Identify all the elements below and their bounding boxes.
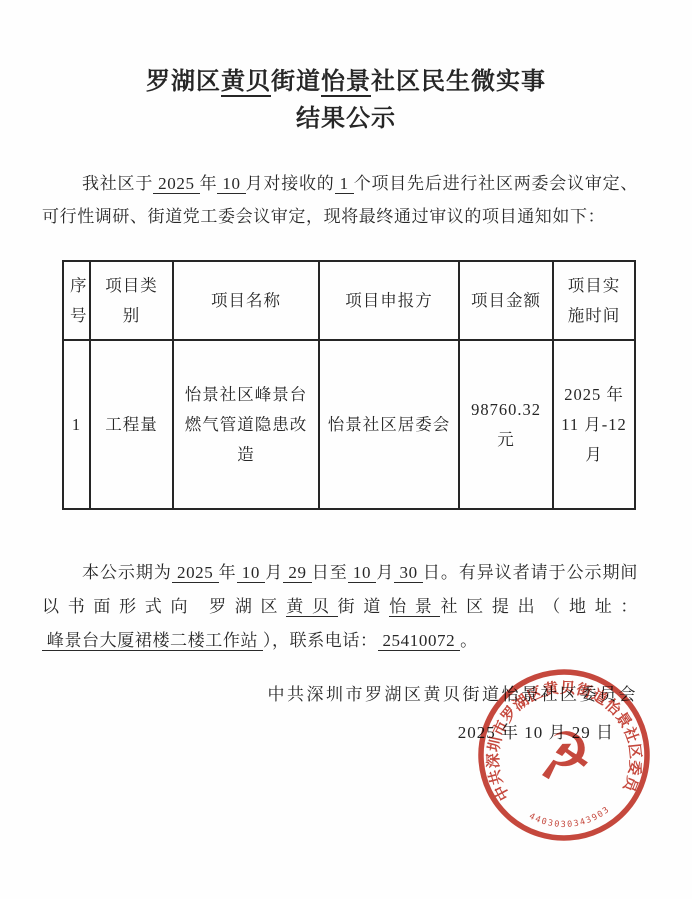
blank-end-day: 30 xyxy=(394,563,423,583)
blank-start-year: 2025 xyxy=(172,563,219,583)
blank-year: 2025 xyxy=(153,174,199,194)
cell-category: 工程量 xyxy=(90,340,173,509)
title-seg: 社区民生微实事 xyxy=(371,69,546,95)
date-line: 2025 年 10 月 29 日 xyxy=(0,718,692,743)
intro-paragraph: 我社区于 2025 年 10 月对接收的 1 个项目先后进行社区两委会议审定、可… xyxy=(42,167,638,233)
cell-time: 2025 年 11 月-12 月 xyxy=(553,340,635,509)
col-header-applicant: 项目申报方 xyxy=(319,261,459,340)
blank-end-month: 10 xyxy=(348,563,377,583)
blank-start-day: 29 xyxy=(283,563,312,583)
col-header-index: 序号 xyxy=(63,261,90,340)
col-header-name: 项目名称 xyxy=(173,261,319,340)
title-line2: 结果公示 xyxy=(296,106,396,132)
table-row: 1 工程量 怡景社区峰景台燃气管道隐患改造 怡景社区居委会 98760.32 元… xyxy=(63,340,635,509)
blank-start-month: 10 xyxy=(237,563,266,583)
cell-project-name: 怡景社区峰景台燃气管道隐患改造 xyxy=(173,340,319,509)
title-seg: 罗湖区 xyxy=(146,69,221,95)
document-page: 罗湖区黄贝街道怡景社区民生微实事 结果公示 我社区于 2025 年 10 月对接… xyxy=(0,0,692,899)
closing-paragraph: 本公示期为 2025 年 10 月 29 日至 10 月 30 日。有异议者请于… xyxy=(42,556,638,658)
table-header-row: 序号 项目类别 项目名称 项目申报方 项目金额 项目实施时间 xyxy=(63,261,635,340)
blank-address: 峰景台大厦裙楼二楼工作站 xyxy=(42,631,263,651)
seal-code-text: 4403030343903 xyxy=(526,804,613,833)
col-header-category: 项目类别 xyxy=(90,261,173,340)
cell-index: 1 xyxy=(63,340,90,509)
col-header-amount: 项目金额 xyxy=(459,261,553,340)
blank-project-count: 1 xyxy=(335,174,354,194)
blank-month: 10 xyxy=(217,174,245,194)
title-seg-underlined: 黄贝 xyxy=(221,69,271,97)
page-title: 罗湖区黄贝街道怡景社区民生微实事 结果公示 xyxy=(46,64,646,138)
cell-applicant: 怡景社区居委会 xyxy=(319,340,459,509)
svg-text:4403030343903: 4403030343903 xyxy=(526,804,613,833)
col-header-time: 项目实施时间 xyxy=(553,261,635,340)
title-seg-underlined: 怡景 xyxy=(321,69,371,97)
blank-phone: 25410072 xyxy=(378,631,461,651)
projects-table: 序号 项目类别 项目名称 项目申报方 项目金额 项目实施时间 1 工程量 怡景社… xyxy=(62,260,636,510)
title-line1: 罗湖区黄贝街道怡景社区民生微实事 xyxy=(146,69,546,97)
signature-line: 中共深圳市罗湖区黄贝街道怡景社区委员会 xyxy=(0,680,692,705)
cell-amount: 98760.32 元 xyxy=(459,340,553,509)
title-seg: 街道 xyxy=(271,69,321,95)
